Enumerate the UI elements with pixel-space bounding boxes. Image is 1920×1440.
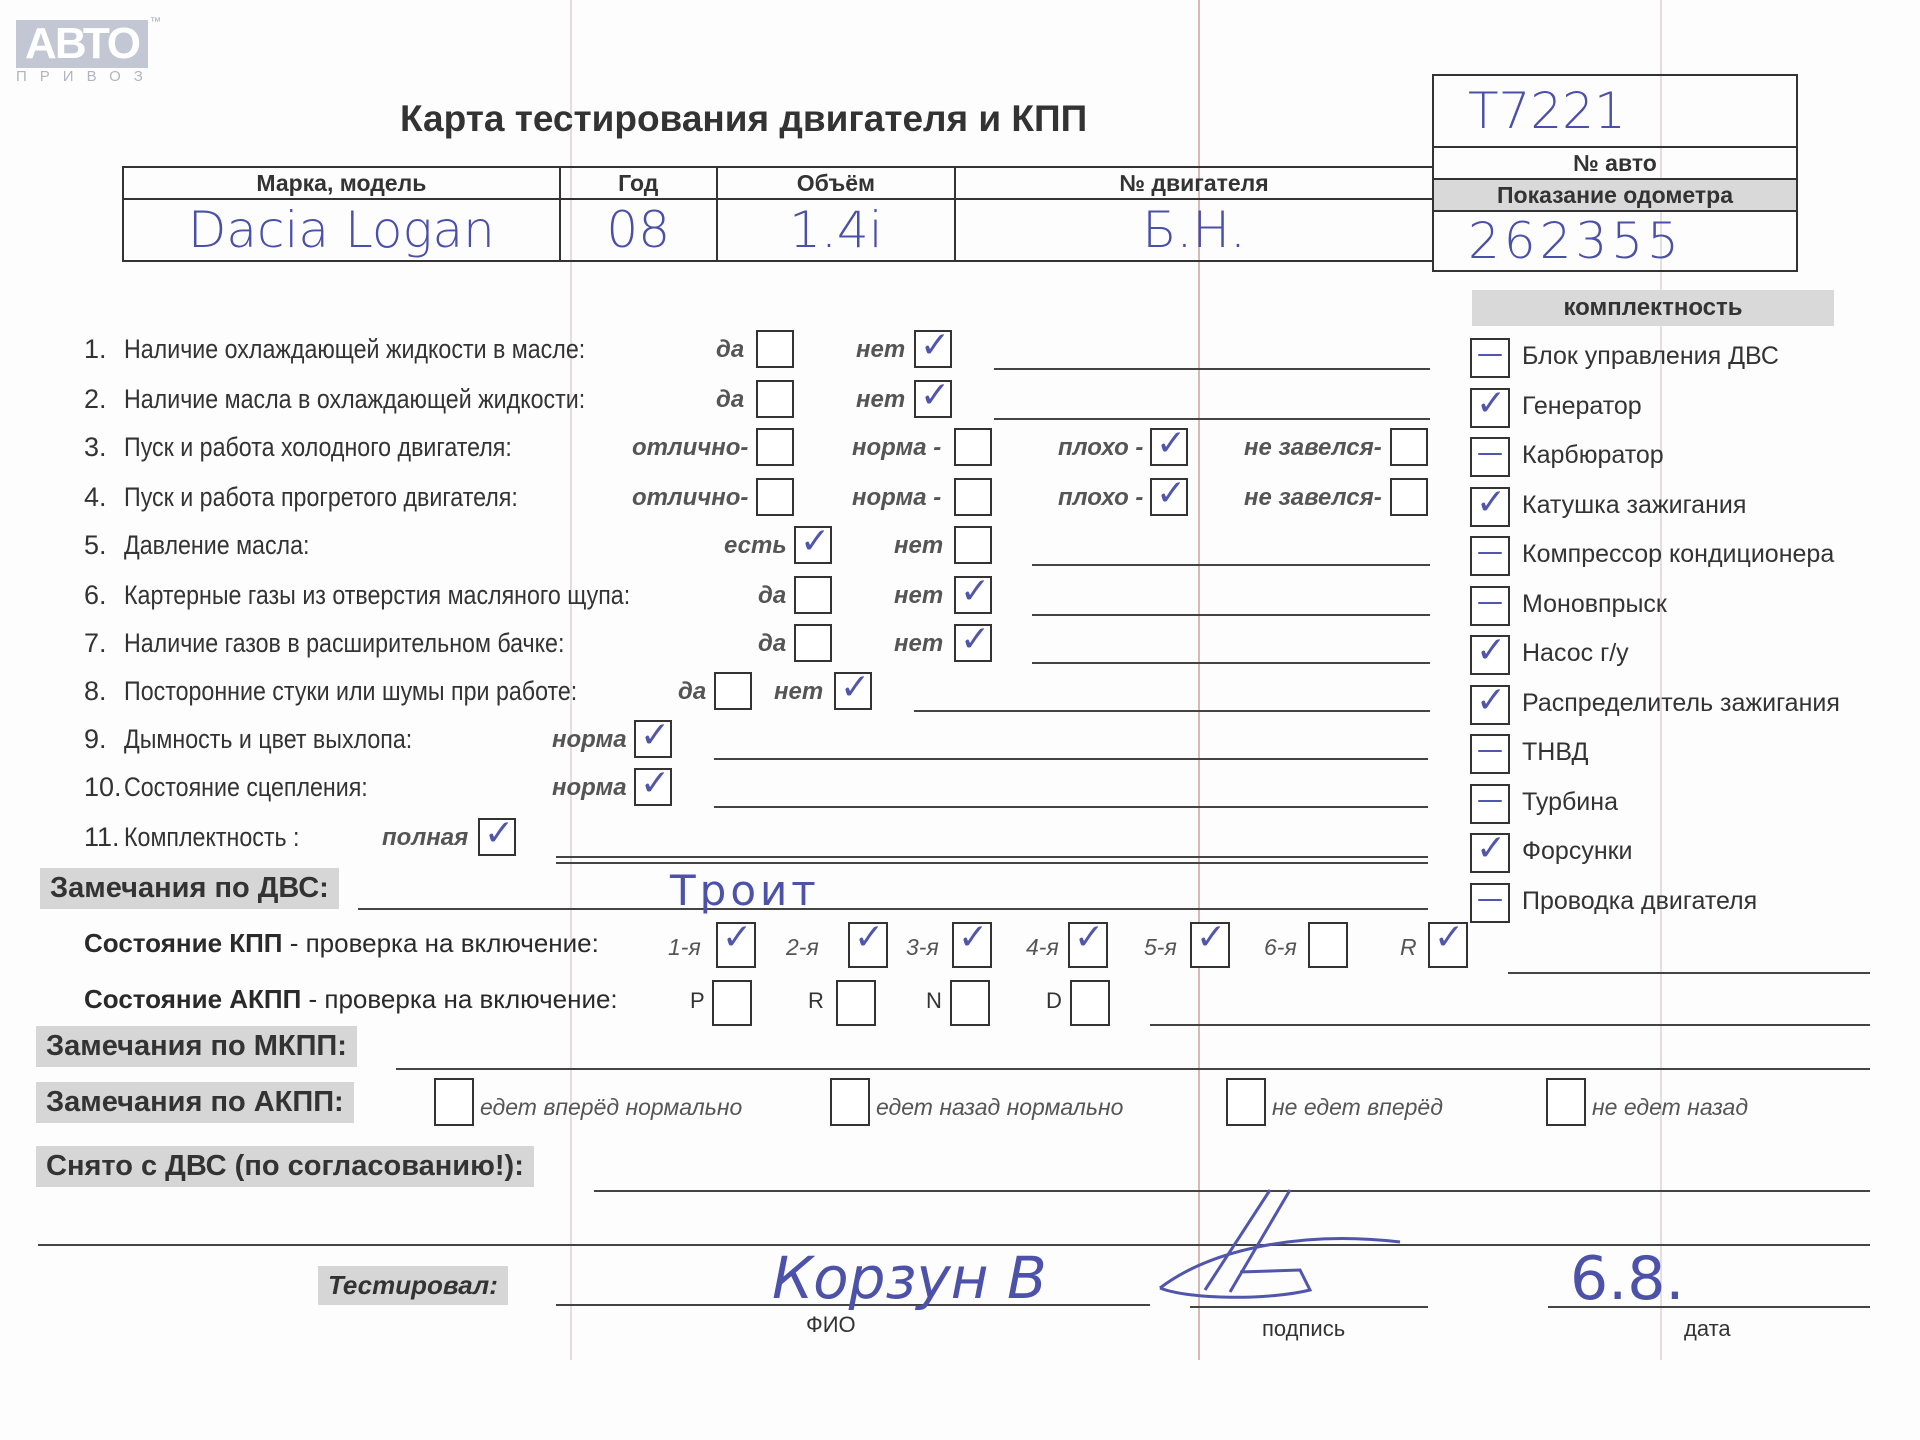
car-number-value[interactable]: T7221 bbox=[1433, 75, 1797, 147]
akpp-option-checkbox[interactable] bbox=[434, 1078, 474, 1126]
dash-mark-icon bbox=[1478, 602, 1502, 604]
gear-label: 2-я bbox=[786, 934, 819, 961]
answer-line[interactable] bbox=[714, 758, 1428, 760]
option-checkbox[interactable]: ✓ bbox=[1150, 478, 1188, 516]
check-mark-icon: ✓ bbox=[1074, 918, 1104, 958]
column-make-model: Марка, модель bbox=[123, 167, 560, 199]
kit-item-label: Распределитель зажигания bbox=[1522, 689, 1840, 718]
option-label: нет bbox=[774, 678, 823, 706]
check-mark-icon: ✓ bbox=[1434, 918, 1464, 958]
check-mark-icon: ✓ bbox=[958, 918, 988, 958]
option-label: полная bbox=[382, 824, 468, 852]
check-mark-icon: ✓ bbox=[640, 716, 670, 756]
check-mark-icon: ✓ bbox=[920, 326, 950, 366]
dash-mark-icon bbox=[1478, 552, 1502, 554]
option-checkbox[interactable] bbox=[756, 478, 794, 516]
engine-remarks-label: Замечания по ДВС: bbox=[40, 868, 339, 909]
mode-label: P bbox=[690, 988, 705, 1014]
check-mark-icon: ✓ bbox=[1476, 384, 1506, 424]
question-number: 5. bbox=[84, 530, 107, 561]
kit-checkbox[interactable] bbox=[1470, 883, 1510, 923]
option-label: да bbox=[716, 336, 744, 364]
column-year: Год bbox=[560, 167, 717, 199]
question-number: 1. bbox=[84, 334, 107, 365]
kit-item-label: Проводка двигателя bbox=[1522, 887, 1757, 916]
option-checkbox[interactable] bbox=[1390, 478, 1428, 516]
kit-checkbox[interactable] bbox=[1470, 536, 1510, 576]
kit-checkbox[interactable]: ✓ bbox=[1470, 388, 1510, 428]
gear-checkbox[interactable]: ✓ bbox=[716, 922, 756, 968]
answer-line[interactable] bbox=[1032, 564, 1430, 566]
option-label: норма - bbox=[852, 434, 941, 462]
mode-label: R bbox=[808, 988, 824, 1014]
manual-gearbox-label-rest: - проверка на включение: bbox=[283, 928, 599, 958]
option-label: есть bbox=[724, 532, 787, 560]
dash-mark-icon bbox=[1478, 800, 1502, 802]
signature-caption: подпись bbox=[1262, 1316, 1345, 1342]
odometer-label: Показание одометра bbox=[1433, 179, 1797, 211]
kit-checkbox[interactable]: ✓ bbox=[1470, 685, 1510, 725]
document-title: Карта тестирования двигателя и КПП bbox=[400, 98, 1087, 140]
option-label: плохо - bbox=[1058, 484, 1143, 512]
gear-checkbox[interactable]: ✓ bbox=[952, 922, 992, 968]
option-label: да bbox=[678, 678, 706, 706]
option-label: да bbox=[758, 582, 786, 610]
kit-checkbox[interactable]: ✓ bbox=[1470, 833, 1510, 873]
option-checkbox[interactable]: ✓ bbox=[1150, 428, 1188, 466]
check-mark-icon: ✓ bbox=[854, 918, 884, 958]
akpp-option-checkbox[interactable] bbox=[830, 1078, 870, 1126]
option-checkbox[interactable] bbox=[1390, 428, 1428, 466]
year-value[interactable]: 08 bbox=[560, 199, 717, 261]
removed-label: Снято с ДВС (по согласованию!): bbox=[36, 1146, 534, 1187]
trademark-symbol: ™ bbox=[150, 16, 161, 28]
kit-title: комплектность bbox=[1472, 290, 1834, 326]
question-text: Дымность и цвет выхлопа: bbox=[124, 724, 412, 755]
question-text: Наличие газов в расширительном бачке: bbox=[124, 628, 564, 659]
kit-checkbox[interactable] bbox=[1470, 586, 1510, 626]
kit-item-label: Блок управления ДВС bbox=[1522, 342, 1779, 371]
question-text: Давление масла: bbox=[124, 530, 309, 561]
kit-checkbox[interactable] bbox=[1470, 338, 1510, 378]
question-number: 7. bbox=[84, 628, 107, 659]
auto-gearbox-label: Состояние АКПП - проверка на включение: bbox=[84, 984, 618, 1015]
option-checkbox[interactable]: ✓ bbox=[914, 330, 952, 368]
answer-line[interactable] bbox=[994, 368, 1430, 370]
dash-mark-icon bbox=[1478, 453, 1502, 455]
check-mark-icon: ✓ bbox=[1476, 631, 1506, 671]
auto-gearbox-label-rest: - проверка на включение: bbox=[301, 984, 617, 1014]
engine-number-value[interactable]: Б.Н. bbox=[955, 199, 1433, 261]
option-checkbox[interactable]: ✓ bbox=[914, 380, 952, 418]
akpp-option-label: не едет вперёд bbox=[1272, 1094, 1443, 1121]
option-checkbox[interactable] bbox=[954, 478, 992, 516]
option-checkbox[interactable] bbox=[954, 526, 992, 564]
option-checkbox[interactable]: ✓ bbox=[834, 672, 872, 710]
car-info-table: T7221 № авто Показание одометра 262355 bbox=[1432, 74, 1798, 272]
car-number-label: № авто bbox=[1433, 147, 1797, 179]
option-checkbox[interactable] bbox=[954, 428, 992, 466]
akpp-option-checkbox[interactable] bbox=[1226, 1078, 1266, 1126]
answer-line[interactable] bbox=[914, 710, 1430, 712]
answer-line[interactable] bbox=[1032, 614, 1430, 616]
option-label: норма bbox=[552, 774, 627, 802]
gear-label: 1-я bbox=[668, 934, 701, 961]
kit-checkbox[interactable] bbox=[1470, 437, 1510, 477]
check-mark-icon: ✓ bbox=[960, 572, 990, 612]
option-checkbox[interactable]: ✓ bbox=[954, 576, 992, 614]
check-mark-icon: ✓ bbox=[920, 376, 950, 416]
gear-checkbox[interactable]: ✓ bbox=[1190, 922, 1230, 968]
tester-name[interactable]: Корзун В bbox=[772, 1244, 1047, 1312]
gear-label: 5-я bbox=[1144, 934, 1177, 961]
answer-line[interactable] bbox=[556, 856, 1428, 858]
option-checkbox[interactable] bbox=[714, 672, 752, 710]
check-mark-icon: ✓ bbox=[1476, 681, 1506, 721]
kit-item-label: Насос г/у bbox=[1522, 639, 1629, 668]
option-label: да bbox=[716, 386, 744, 414]
option-label: норма bbox=[552, 726, 627, 754]
question-text: Наличие охлаждающей жидкости в масле: bbox=[124, 334, 585, 365]
kit-checkbox[interactable] bbox=[1470, 734, 1510, 774]
kit-item-label: Моновпрыск bbox=[1522, 590, 1667, 619]
name-caption: ФИО bbox=[806, 1312, 856, 1338]
gear-checkbox[interactable]: ✓ bbox=[848, 922, 888, 968]
check-mark-icon: ✓ bbox=[840, 668, 870, 708]
akpp-option-label: едет назад нормально bbox=[876, 1094, 1123, 1121]
kit-item-label: Карбюратор bbox=[1522, 441, 1664, 470]
check-mark-icon: ✓ bbox=[640, 764, 670, 804]
question-number: 6. bbox=[84, 580, 107, 611]
gear-checkbox[interactable]: ✓ bbox=[1428, 922, 1468, 968]
mode-checkbox[interactable] bbox=[836, 980, 876, 1026]
option-checkbox[interactable] bbox=[756, 428, 794, 466]
column-engine-number: № двигателя bbox=[955, 167, 1433, 199]
question-number: 4. bbox=[84, 482, 107, 513]
kit-item-label: Форсунки bbox=[1522, 837, 1633, 866]
option-checkbox[interactable]: ✓ bbox=[634, 768, 672, 806]
check-mark-icon: ✓ bbox=[1156, 424, 1186, 464]
option-label: нет bbox=[856, 386, 905, 414]
gear-checkbox[interactable] bbox=[1308, 922, 1348, 968]
option-label: отлично- bbox=[632, 484, 748, 512]
option-checkbox[interactable] bbox=[794, 576, 832, 614]
question-text: Посторонние стуки или шумы при работе: bbox=[124, 676, 577, 707]
option-label: да bbox=[758, 630, 786, 658]
column-volume: Объём bbox=[717, 167, 955, 199]
mkpp-remarks-label: Замечания по МКПП: bbox=[36, 1026, 357, 1067]
option-checkbox[interactable] bbox=[756, 380, 794, 418]
option-label: норма - bbox=[852, 484, 941, 512]
engine-remarks-value[interactable]: Троит bbox=[670, 866, 820, 915]
option-checkbox[interactable]: ✓ bbox=[794, 526, 832, 564]
check-mark-icon: ✓ bbox=[960, 620, 990, 660]
option-checkbox[interactable]: ✓ bbox=[954, 624, 992, 662]
odometer-value[interactable]: 262355 bbox=[1433, 211, 1797, 271]
kit-item-label: Генератор bbox=[1522, 392, 1642, 421]
question-number: 3. bbox=[84, 432, 107, 463]
akpp-option-label: едет вперёд нормально bbox=[480, 1094, 742, 1121]
gear-checkbox[interactable]: ✓ bbox=[1068, 922, 1108, 968]
question-text: Состояние сцепления: bbox=[124, 772, 368, 803]
answer-line[interactable] bbox=[1032, 662, 1430, 664]
dash-mark-icon bbox=[1478, 899, 1502, 901]
option-label: нет bbox=[894, 532, 943, 560]
brand-logo: АВТО bbox=[16, 20, 148, 68]
question-number: 8. bbox=[84, 676, 107, 707]
akpp-remarks-label: Замечания по АКПП: bbox=[36, 1082, 354, 1123]
kit-item-label: Компрессор кондиционера bbox=[1522, 540, 1834, 569]
option-label: не завелся- bbox=[1244, 434, 1382, 462]
tested-label: Тестировал: bbox=[318, 1266, 508, 1305]
dash-mark-icon bbox=[1478, 750, 1502, 752]
kit-checkbox[interactable]: ✓ bbox=[1470, 635, 1510, 675]
question-text: Пуск и работа холодного двигателя: bbox=[124, 432, 512, 463]
check-mark-icon: ✓ bbox=[722, 918, 752, 958]
volume-value[interactable]: 1.4i bbox=[717, 199, 955, 261]
question-text: Комплектность : bbox=[124, 822, 299, 853]
check-mark-icon: ✓ bbox=[1156, 474, 1186, 514]
question-text: Картерные газы из отверстия масляного щу… bbox=[124, 580, 630, 611]
check-mark-icon: ✓ bbox=[1476, 483, 1506, 523]
date-caption: дата bbox=[1684, 1316, 1731, 1342]
dash-mark-icon bbox=[1478, 354, 1502, 356]
kit-item-label: ТНВД bbox=[1522, 738, 1588, 767]
option-label: плохо - bbox=[1058, 434, 1143, 462]
option-label: не завелся- bbox=[1244, 484, 1382, 512]
question-number: 2. bbox=[84, 384, 107, 415]
check-mark-icon: ✓ bbox=[1476, 829, 1506, 869]
auto-gearbox-label-bold: Состояние АКПП bbox=[84, 984, 301, 1014]
kit-item-label: Турбина bbox=[1522, 788, 1618, 817]
check-mark-icon: ✓ bbox=[1196, 918, 1226, 958]
akpp-option-label: не едет назад bbox=[1592, 1094, 1748, 1121]
option-checkbox[interactable] bbox=[794, 624, 832, 662]
question-number: 9. bbox=[84, 724, 107, 755]
mode-checkbox[interactable] bbox=[950, 980, 990, 1026]
option-label: отлично- bbox=[632, 434, 748, 462]
answer-line[interactable] bbox=[714, 806, 1428, 808]
check-mark-icon: ✓ bbox=[800, 522, 830, 562]
vehicle-info-table: Марка, модель Год Объём № двигателя Daci… bbox=[122, 166, 1434, 262]
mode-label: D bbox=[1046, 988, 1062, 1014]
gear-label: 3-я bbox=[906, 934, 939, 961]
option-label: нет bbox=[856, 336, 905, 364]
question-text: Пуск и работа прогретого двигателя: bbox=[124, 482, 518, 513]
brand-subtitle: ПРИВОЗ bbox=[16, 68, 156, 85]
answer-line[interactable] bbox=[994, 418, 1430, 420]
kit-item-label: Катушка зажигания bbox=[1522, 491, 1746, 520]
mode-label: N bbox=[926, 988, 942, 1014]
manual-gearbox-label: Состояние КПП - проверка на включение: bbox=[84, 928, 599, 959]
option-checkbox[interactable]: ✓ bbox=[634, 720, 672, 758]
gear-label: 6-я bbox=[1264, 934, 1297, 961]
kit-checkbox[interactable]: ✓ bbox=[1470, 487, 1510, 527]
test-date[interactable]: 6.8. bbox=[1570, 1244, 1685, 1314]
gear-label: R bbox=[1400, 934, 1417, 961]
mode-checkbox[interactable] bbox=[1070, 980, 1110, 1026]
option-label: нет bbox=[894, 582, 943, 610]
question-number: 10. bbox=[84, 772, 122, 803]
signature-icon[interactable] bbox=[1150, 1180, 1450, 1310]
mode-checkbox[interactable] bbox=[712, 980, 752, 1026]
manual-gearbox-label-bold: Состояние КПП bbox=[84, 928, 283, 958]
make-model-value[interactable]: Dacia Logan bbox=[123, 199, 560, 261]
akpp-option-checkbox[interactable] bbox=[1546, 1078, 1586, 1126]
question-text: Наличие масла в охлаждающей жидкости: bbox=[124, 384, 585, 415]
kit-checkbox[interactable] bbox=[1470, 784, 1510, 824]
option-checkbox[interactable] bbox=[756, 330, 794, 368]
option-label: нет bbox=[894, 630, 943, 658]
check-mark-icon: ✓ bbox=[484, 814, 514, 854]
option-checkbox[interactable]: ✓ bbox=[478, 818, 516, 856]
gear-label: 4-я bbox=[1026, 934, 1059, 961]
question-number: 11. bbox=[84, 822, 120, 853]
